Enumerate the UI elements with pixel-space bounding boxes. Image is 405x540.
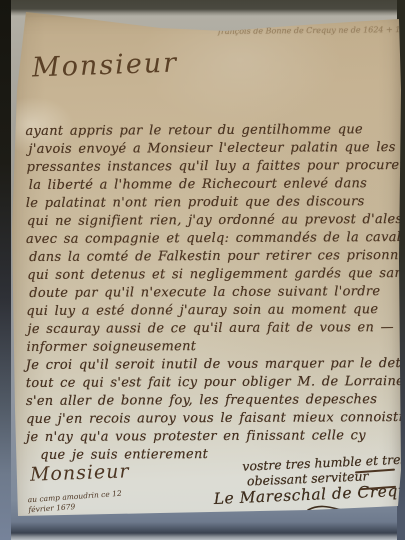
handwriting-line: dans la comté de Falkestin pour retirer … [26,247,398,267]
handwriting-line: doute par qu'il n'execute la chose suiva… [26,283,398,303]
handwriting-line: Je croi qu'il seroit inutil de vous marq… [26,355,398,375]
photo-left-edge [0,0,11,540]
handwriting-line: que j'en recois auroy vous le faisant mi… [26,409,398,429]
handwriting-line: je scauray aussi de ce qu'il aura fait d… [26,319,398,339]
signature-flourish [306,502,392,522]
footer-address: Monsieur [30,460,130,485]
handwriting-line: tout ce qui s'est fait icy pour obliger … [26,373,398,393]
handwriting-line: qui ne signifient rien, j'ay ordonné au … [26,211,398,231]
handwriting-line: qui sont detenus et si negligemment gard… [26,265,398,285]
handwriting-line: informer soigneusement [27,337,399,357]
photo-of-letter: françois de Bonne de Crequy ne de 1624 +… [0,0,405,540]
handwriting-line: ayant appris par le retour du gentilhomm… [25,121,397,141]
letter-body-paragraph-2: Je croi qu'il seroit inutil de vous marq… [26,355,399,465]
handwriting-line: le palatinat n'ont rien produit que des … [26,193,398,213]
handwriting-line: j'avois envoyé a Monsieur l'electeur pal… [25,139,397,159]
archivist-note: françois de Bonne de Crequy ne de 1624 +… [218,25,404,36]
handwriting-line: je n'ay qu'a vous protester en finissant… [26,427,398,447]
letter-paper: françois de Bonne de Crequy ne de 1624 +… [10,10,402,520]
handwriting-line: s'en aller de bonne foy, les frequentes … [26,391,398,411]
handwriting-line: avec sa compagnie et quelq: commandés de… [26,229,398,249]
handwriting-line: pressantes instances qu'il luy a faittes… [26,157,398,177]
letter-body-paragraph-1: ayant appris par le retour du gentilhomm… [25,121,398,357]
footer-dateline: au camp amoudrin ce 12 février 1679 [27,489,122,516]
closing-block: vostre tres humble et tres obeissant ser… [212,452,399,508]
handwriting-line: la liberté a l'homme de Richecourt enlev… [26,175,398,195]
handwriting-line: qui luy a esté donné j'auray soin au mom… [26,301,398,321]
salutation: Monsieur [32,47,179,83]
